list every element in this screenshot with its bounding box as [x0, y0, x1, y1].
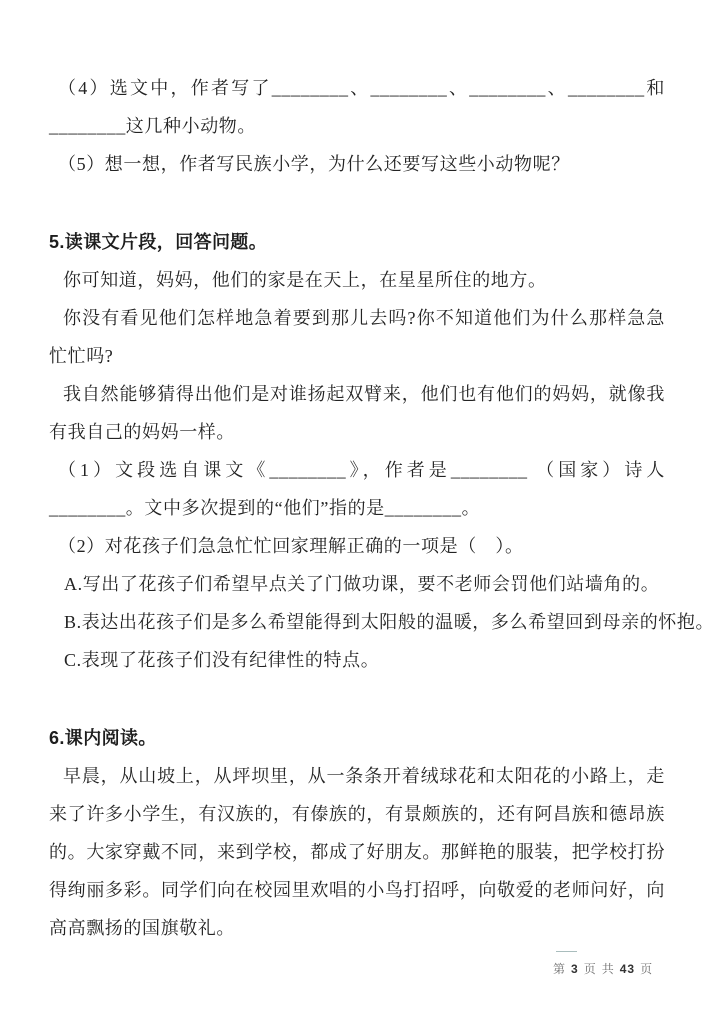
- section-5-heading: 5.读课文片段，回答问题。: [49, 223, 665, 261]
- passage-paragraph: 你可知道，妈妈，他们的家是在天上，在星星所住的地方。: [49, 261, 665, 299]
- option-c: C.表现了花孩子们没有纪律性的特点。: [49, 641, 665, 679]
- footer-label-page-suffix: 页: [640, 962, 653, 976]
- question-4: （4）选文中，作者写了________、________、________、__…: [49, 69, 665, 145]
- total-pages: 43: [620, 962, 635, 976]
- document-body: （4）选文中，作者写了________、________、________、__…: [49, 69, 665, 947]
- section-6-heading: 6.课内阅读。: [49, 719, 665, 757]
- passage-paragraph: 早晨，从山坡上，从坪坝里，从一条条开着绒球花和太阳花的小路上，走来了许多小学生，…: [49, 757, 665, 947]
- question-5: （5）想一想，作者写民族小学，为什么还要写这些小动物呢？: [49, 145, 665, 183]
- document-page: （4）选文中，作者写了________、________、________、__…: [0, 0, 724, 1024]
- footer-label-page-prefix: 第: [553, 962, 566, 976]
- footer-text: 第3页共43页: [553, 960, 653, 977]
- footer-rule: [556, 951, 577, 952]
- footer-label-page: 页: [584, 962, 597, 976]
- passage-paragraph: 你没有看见他们怎样地急着要到那儿去吗?你不知道他们为什么那样急急忙忙吗?: [49, 299, 665, 375]
- sub-question-1: （1）文段选自课文《________》，作者是________ （国家）诗人__…: [49, 451, 665, 527]
- option-b: B.表达出花孩子们是多么希望能得到太阳般的温暖，多么希望回到母亲的怀抱。: [49, 603, 665, 641]
- footer-label-of: 共: [602, 962, 615, 976]
- passage-paragraph: 我自然能够猜得出他们是对谁扬起双臂来，他们也有他们的妈妈，就像我有我自己的妈妈一…: [49, 375, 665, 451]
- page-number: 3: [571, 962, 579, 976]
- page-footer: 第3页共43页: [553, 951, 653, 977]
- sub-question-2: （2）对花孩子们急急忙忙回家理解正确的一项是（ ）。: [49, 527, 665, 565]
- option-a: A.写出了花孩子们希望早点关了门做功课，要不老师会罚他们站墙角的。: [49, 565, 665, 603]
